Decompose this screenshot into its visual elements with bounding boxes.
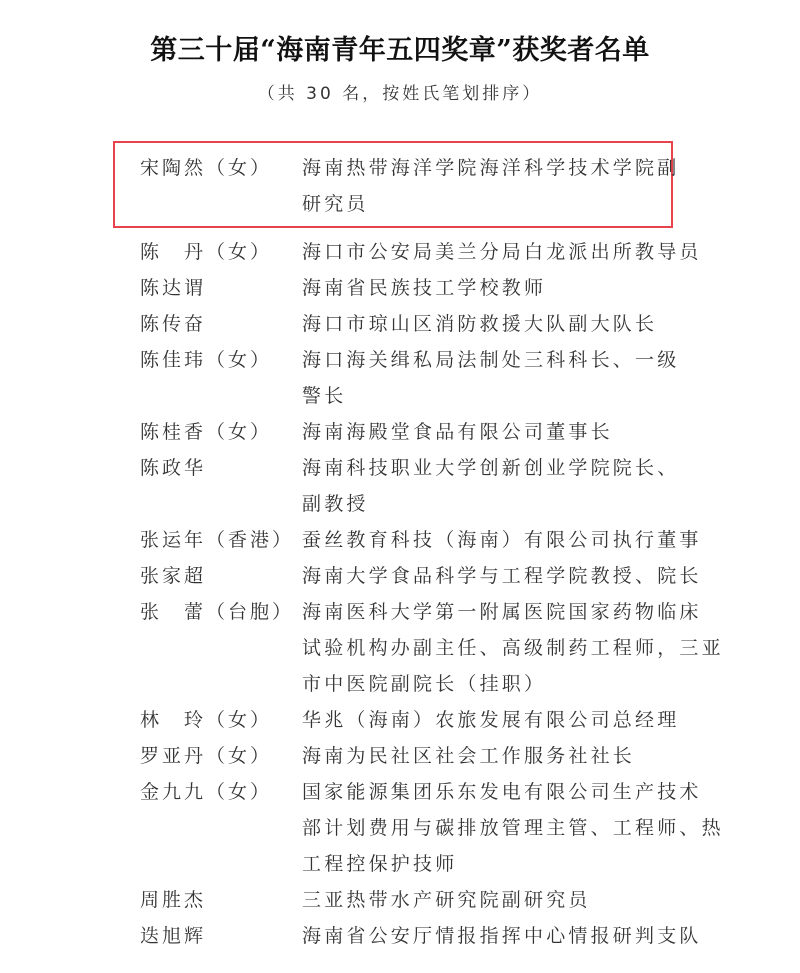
list-item: 迭旭辉海南省公安厅情报指挥中心情报研判支队: [140, 918, 680, 954]
list-item: 张家超海南大学食品科学与工程学院教授、院长: [140, 558, 680, 594]
awardee-role: 华兆（海南）农旅发展有限公司总经理: [302, 702, 662, 738]
awardee-role-line: 海南省公安厅情报指挥中心情报研判支队: [302, 918, 662, 954]
awardee-role-line: 市中医院副院长（挂职）: [302, 666, 662, 702]
awardee-role: 海南省公安厅情报指挥中心情报研判支队: [302, 918, 662, 954]
awardee-role: 海南大学食品科学与工程学院教授、院长: [302, 558, 662, 594]
awardee-role: 海南医科大学第一附属医院国家药物临床试验机构办副主任、高级制药工程师，三亚市中医…: [302, 594, 662, 702]
awardee-role: 海南海殿堂食品有限公司董事长: [302, 414, 662, 450]
awardee-role-line: 海口海关缉私局法制处三科科长、一级: [302, 342, 662, 378]
awardee-name: 陈达谓: [140, 270, 302, 306]
awardee-role: 国家能源集团乐东发电有限公司生产技术部计划费用与碳排放管理主管、工程师、热工程控…: [302, 774, 662, 882]
awardee-name: 迭旭辉: [140, 918, 302, 954]
awardee-role-line: 试验机构办副主任、高级制药工程师，三亚: [302, 630, 662, 666]
awardee-name: 陈桂香（女）: [140, 414, 302, 450]
awardee-name: 林 玲（女）: [140, 702, 302, 738]
list-item: 宋陶然（女）海南热带海洋学院海洋科学技术学院副研究员: [140, 150, 680, 222]
awardee-name: 周胜杰: [140, 882, 302, 918]
list-item: 陈桂香（女）海南海殿堂食品有限公司董事长: [140, 414, 680, 450]
awardee-name: 张运年（香港）: [140, 522, 302, 558]
awardee-role-line: 部计划费用与碳排放管理主管、工程师、热: [302, 810, 662, 846]
awardee-role: 海口海关缉私局法制处三科科长、一级警长: [302, 342, 662, 414]
awardee-name: 罗亚丹（女）: [140, 738, 302, 774]
awardee-role-line: 海南医科大学第一附属医院国家药物临床: [302, 594, 662, 630]
list-item: 陈达谓海南省民族技工学校教师: [140, 270, 680, 306]
list-item: 林 玲（女）华兆（海南）农旅发展有限公司总经理: [140, 702, 680, 738]
awardee-role-line: 海口市琼山区消防救援大队副大队长: [302, 306, 662, 342]
awardee-name: 张 蕾（台胞）: [140, 594, 302, 630]
list-item: 周胜杰三亚热带水产研究院副研究员: [140, 882, 680, 918]
awardee-role-line: 警长: [302, 378, 662, 414]
document-subtitle: （共 30 名，按姓氏笔划排序）: [0, 79, 800, 104]
list-item: 陈政华海南科技职业大学创新创业学院院长、副教授: [140, 450, 680, 522]
awardee-role-line: 华兆（海南）农旅发展有限公司总经理: [302, 702, 662, 738]
list-item: 张 蕾（台胞）海南医科大学第一附属医院国家药物临床试验机构办副主任、高级制药工程…: [140, 594, 680, 702]
awardee-role-line: 海南大学食品科学与工程学院教授、院长: [302, 558, 662, 594]
list-item: 陈传奋海口市琼山区消防救援大队副大队长: [140, 306, 680, 342]
awardee-role-line: 海南热带海洋学院海洋科学技术学院副: [302, 150, 662, 186]
awardee-role-line: 副教授: [302, 486, 662, 522]
awardee-role-line: 海南省民族技工学校教师: [302, 270, 662, 306]
awardee-role: 海口市琼山区消防救援大队副大队长: [302, 306, 662, 342]
awardee-name: 陈政华: [140, 450, 302, 486]
awardee-role: 三亚热带水产研究院副研究员: [302, 882, 662, 918]
list-item: 张运年（香港）蚕丝教育科技（海南）有限公司执行董事: [140, 522, 680, 558]
list-item: 金九九（女）国家能源集团乐东发电有限公司生产技术部计划费用与碳排放管理主管、工程…: [140, 774, 680, 882]
list-item: 陈佳玮（女）海口海关缉私局法制处三科科长、一级警长: [140, 342, 680, 414]
list-item: 罗亚丹（女）海南为民社区社会工作服务社社长: [140, 738, 680, 774]
awardee-role-line: 海口市公安局美兰分局白龙派出所教导员: [302, 234, 662, 270]
awardee-role-line: 海南科技职业大学创新创业学院院长、: [302, 450, 662, 486]
awardee-role: 海南科技职业大学创新创业学院院长、副教授: [302, 450, 662, 522]
awardee-role: 海南省民族技工学校教师: [302, 270, 662, 306]
awardee-role-line: 蚕丝教育科技（海南）有限公司执行董事: [302, 522, 662, 558]
awardee-role: 海南为民社区社会工作服务社社长: [302, 738, 662, 774]
awardee-name: 金九九（女）: [140, 774, 302, 810]
list-item: 陈 丹（女）海口市公安局美兰分局白龙派出所教导员: [140, 234, 680, 270]
awardee-role-line: 海南为民社区社会工作服务社社长: [302, 738, 662, 774]
awardee-role: 蚕丝教育科技（海南）有限公司执行董事: [302, 522, 662, 558]
awardee-name: 陈 丹（女）: [140, 234, 302, 270]
awardee-role: 海南热带海洋学院海洋科学技术学院副研究员: [302, 150, 662, 222]
awardee-role-line: 海南海殿堂食品有限公司董事长: [302, 414, 662, 450]
awardee-role-line: 三亚热带水产研究院副研究员: [302, 882, 662, 918]
document-title: 第三十届“海南青年五四奖章”获奖者名单: [0, 28, 800, 67]
awardee-name: 宋陶然（女）: [140, 150, 302, 186]
awardee-role-line: 国家能源集团乐东发电有限公司生产技术: [302, 774, 662, 810]
awardee-list: 宋陶然（女）海南热带海洋学院海洋科学技术学院副研究员陈 丹（女）海口市公安局美兰…: [140, 150, 680, 954]
awardee-name: 陈传奋: [140, 306, 302, 342]
awardee-name: 陈佳玮（女）: [140, 342, 302, 378]
awardee-role-line: 工程控保护技师: [302, 846, 662, 882]
awardee-name: 张家超: [140, 558, 302, 594]
awardee-role-line: 研究员: [302, 186, 662, 222]
awardee-role: 海口市公安局美兰分局白龙派出所教导员: [302, 234, 662, 270]
